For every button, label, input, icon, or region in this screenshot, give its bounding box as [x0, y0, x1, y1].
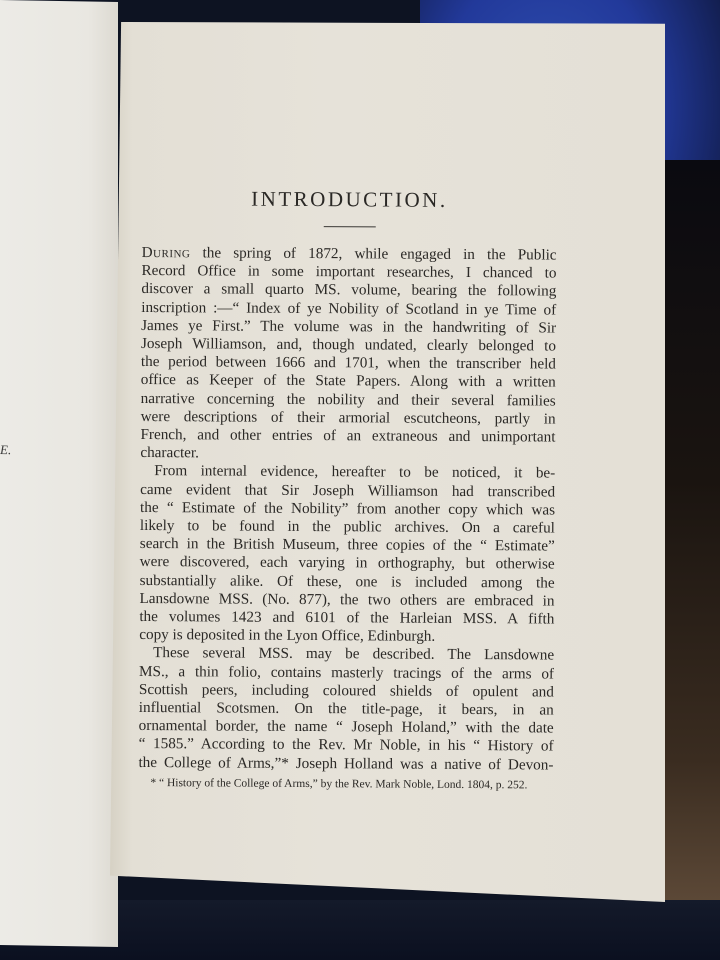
- text-line: From internal evidence, hereafter to be …: [140, 462, 555, 483]
- text-line: MS., a thin folio, contains masterly tra…: [139, 663, 554, 684]
- text-line: substantially alike. Of these, one is in…: [140, 572, 555, 593]
- page-content: INTRODUCTION. During the spring of 1872,…: [138, 186, 557, 793]
- paragraph-2: From internal evidence, hereafter to be …: [139, 462, 555, 647]
- text-line: were discovered, each varying in orthogr…: [140, 553, 555, 574]
- text-line: office as Keeper of the State Papers. Al…: [141, 371, 556, 392]
- paragraph-1: During the spring of 1872, while engaged…: [140, 244, 556, 465]
- left-page-text-fragment: E.: [0, 442, 11, 458]
- text-line: “ 1585.” According to the Rev. Mr Noble,…: [139, 735, 554, 756]
- text-line: came evident that Sir Joseph Williamson …: [140, 481, 555, 502]
- text-line: These several MSS. may be described. The…: [139, 644, 554, 665]
- footnote: * “ History of the College of Arms,” by …: [138, 776, 553, 794]
- background-surface-right: [660, 160, 720, 960]
- text-line: discover a small quarto MS. volume, bear…: [141, 280, 556, 301]
- text-line: the College of Arms,”* Joseph Holland wa…: [138, 754, 553, 775]
- title-rule: [323, 226, 375, 227]
- left-page: E.: [0, 0, 118, 947]
- paragraph-3: These several MSS. may be described. The…: [138, 644, 554, 774]
- text-line: inscription :—“ Index of ye Nobility of …: [141, 299, 556, 320]
- text-line: French, and other entries of an extraneo…: [140, 426, 555, 447]
- text-line: narrative concerning the nobility and th…: [141, 390, 556, 411]
- drop-lead-word: During: [142, 244, 191, 261]
- page-title: INTRODUCTION.: [142, 186, 557, 214]
- text-line: the spring of 1872, while engaged in the…: [190, 244, 556, 263]
